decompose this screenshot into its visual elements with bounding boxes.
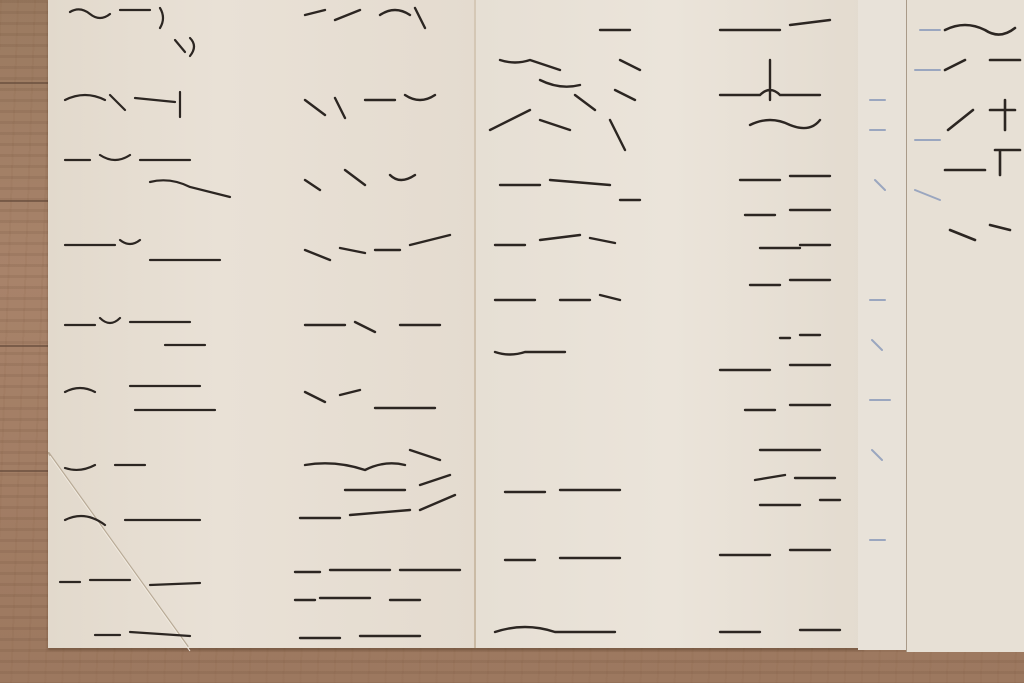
- calligraphy-strokes: [0, 0, 1024, 683]
